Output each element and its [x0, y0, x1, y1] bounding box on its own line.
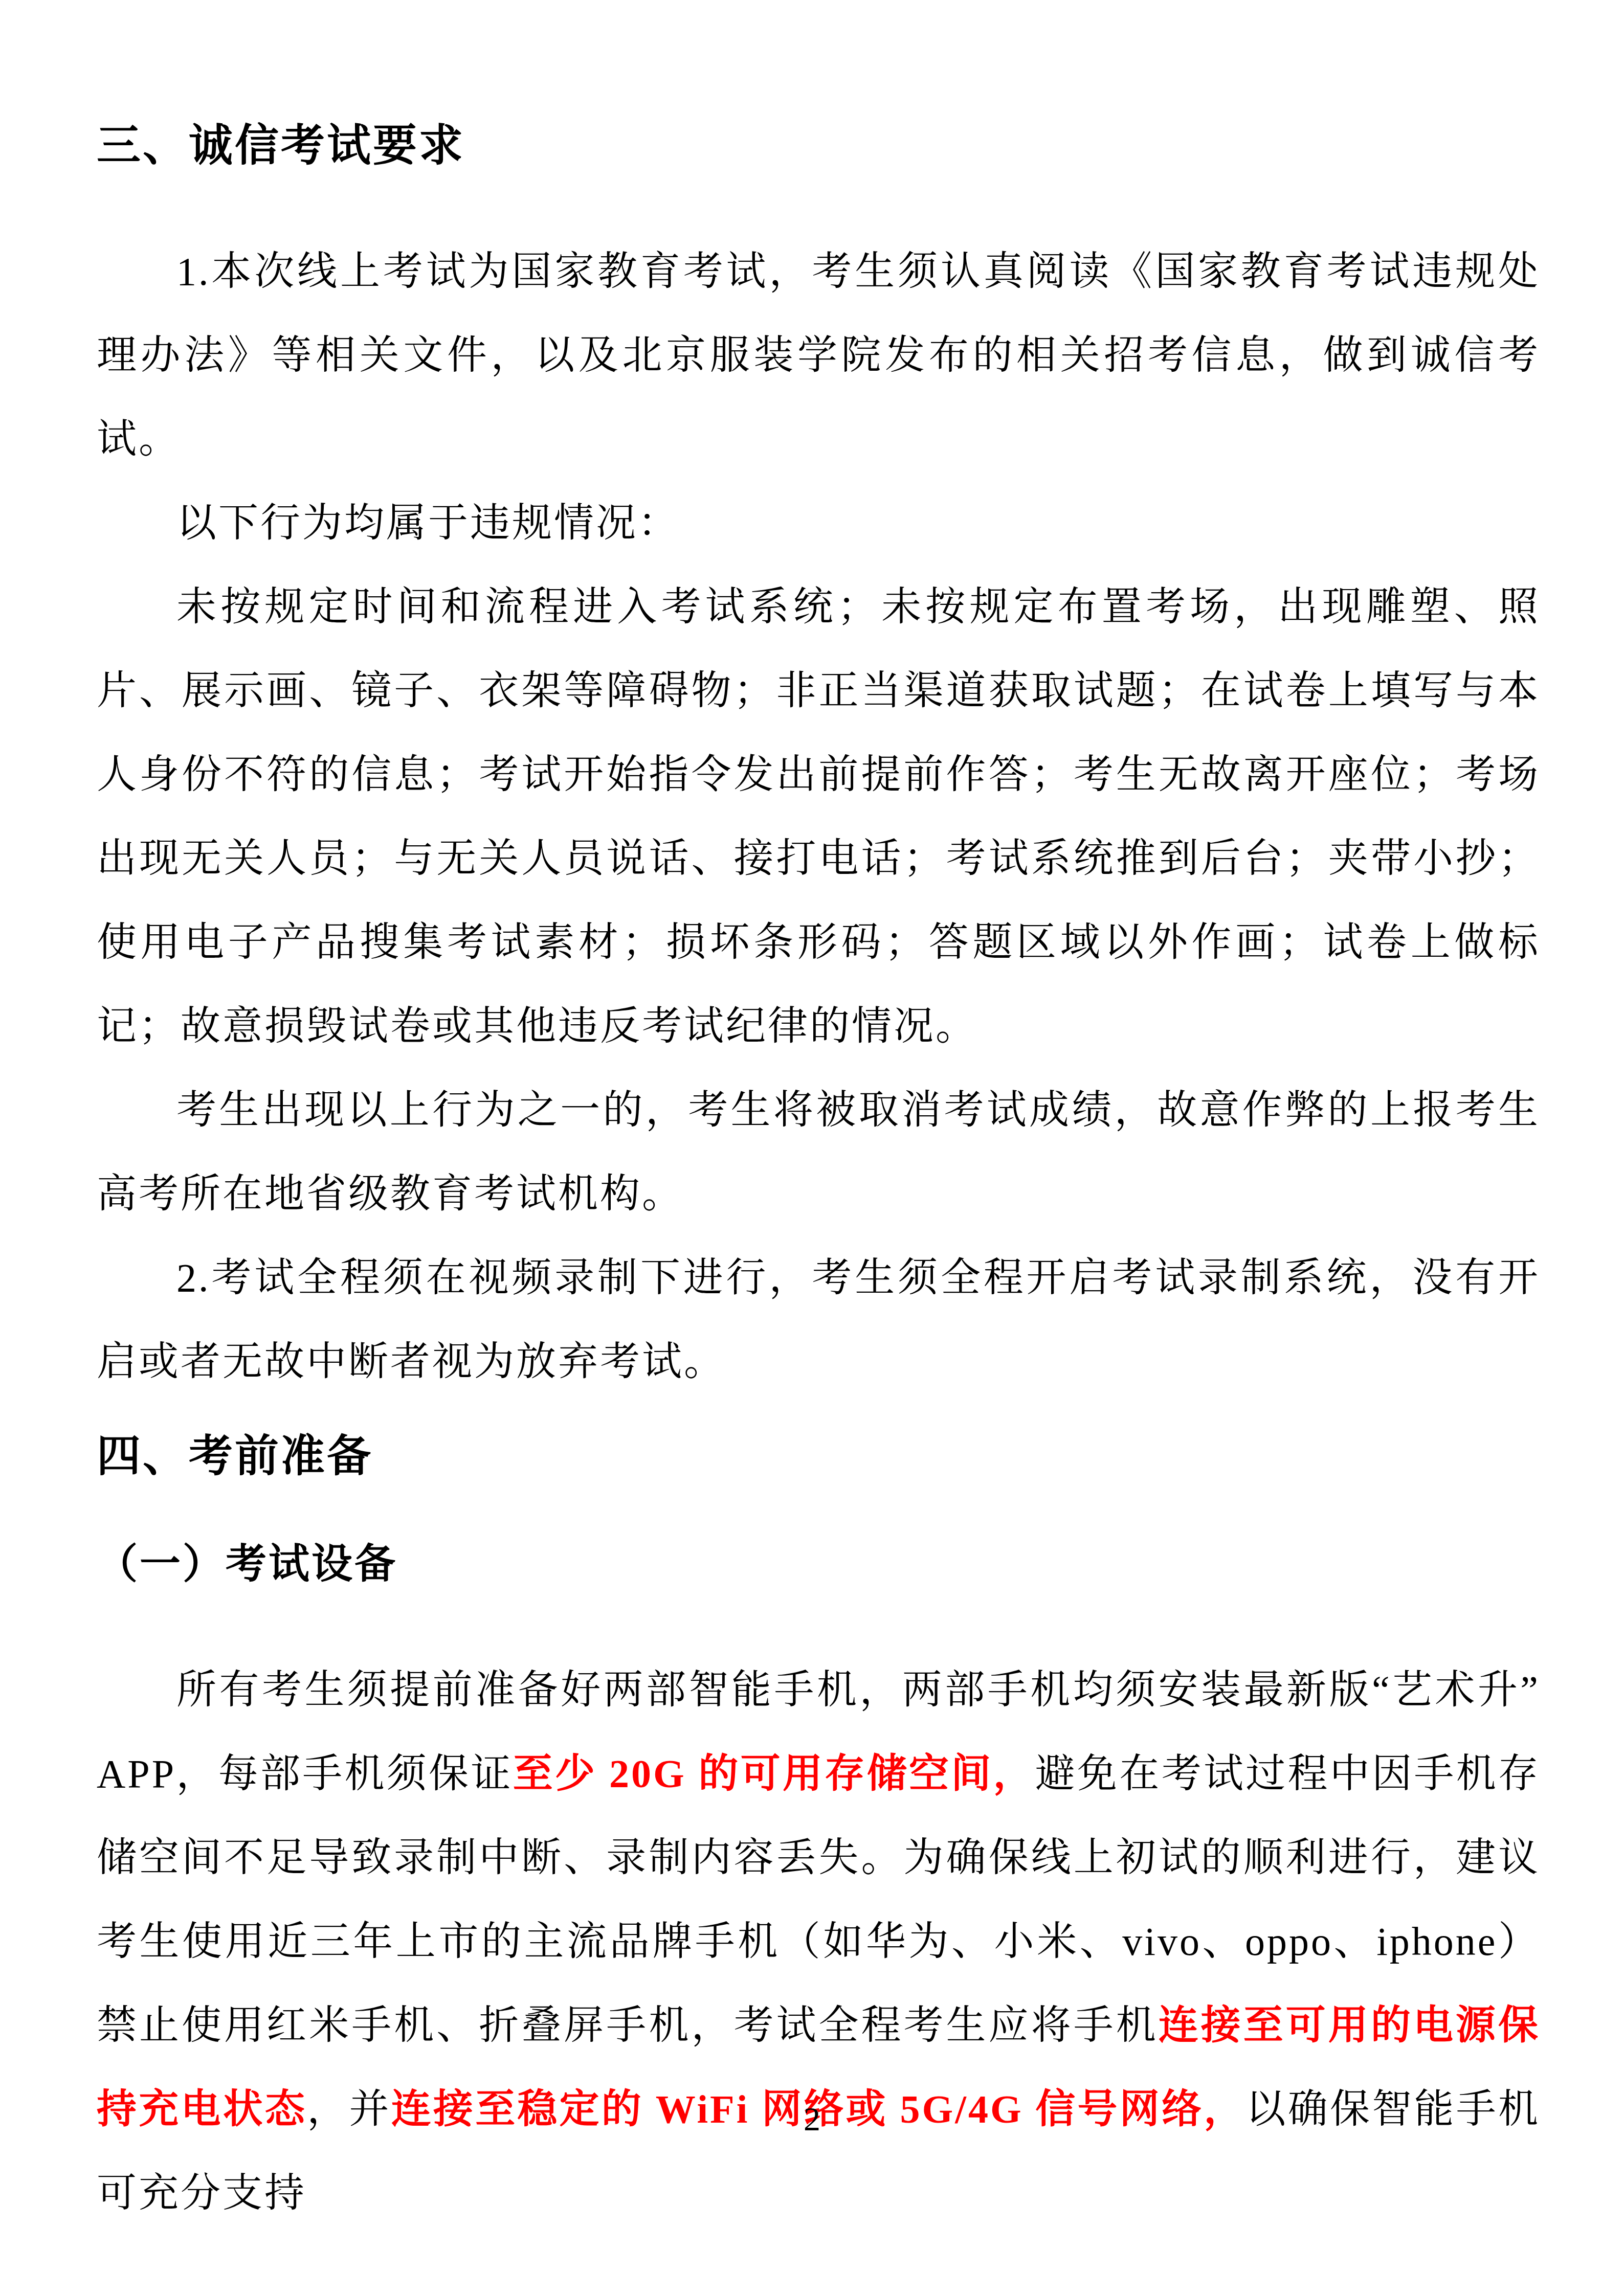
paragraph-violation-list: 未按规定时间和流程进入考试系统；未按规定布置考场，出现雕塑、照片、展示画、镜子、…	[97, 565, 1540, 1068]
document-page: 三、诚信考试要求 1.本次线上考试为国家教育考试，考生须认真阅读《国家教育考试违…	[0, 0, 1624, 2296]
section-heading-integrity-requirements: 三、诚信考试要求	[97, 122, 1540, 170]
section-heading-pre-exam-preparation: 四、考前准备	[97, 1432, 1540, 1481]
page-number: 2	[0, 2103, 1624, 2136]
paragraph-device-requirements: 所有考生须提前准备好两部智能手机，两部手机均须安装最新版“艺术升”APP，每部手…	[97, 1648, 1540, 2235]
paragraph-violation-intro: 以下行为均属于违规情况：	[97, 481, 1540, 565]
device-storage-emphasis: 至少 20G 的可用存储空间，	[513, 1751, 1035, 1796]
subsection-heading-exam-devices: （一）考试设备	[97, 1542, 1540, 1587]
paragraph-violation-consequence: 考生出现以上行为之一的，考生将被取消考试成绩，故意作弊的上报考生高考所在地省级教…	[97, 1068, 1540, 1236]
paragraph-video-recording-rule: 2.考试全程须在视频录制下进行，考生须全程开启考试录制系统，没有开启或者无故中断…	[97, 1236, 1540, 1404]
paragraph-national-exam-notice: 1.本次线上考试为国家教育考试，考生须认真阅读《国家教育考试违规处理办法》等相关…	[97, 230, 1540, 481]
document-content: 三、诚信考试要求 1.本次线上考试为国家教育考试，考生须认真阅读《国家教育考试违…	[97, 122, 1540, 2235]
